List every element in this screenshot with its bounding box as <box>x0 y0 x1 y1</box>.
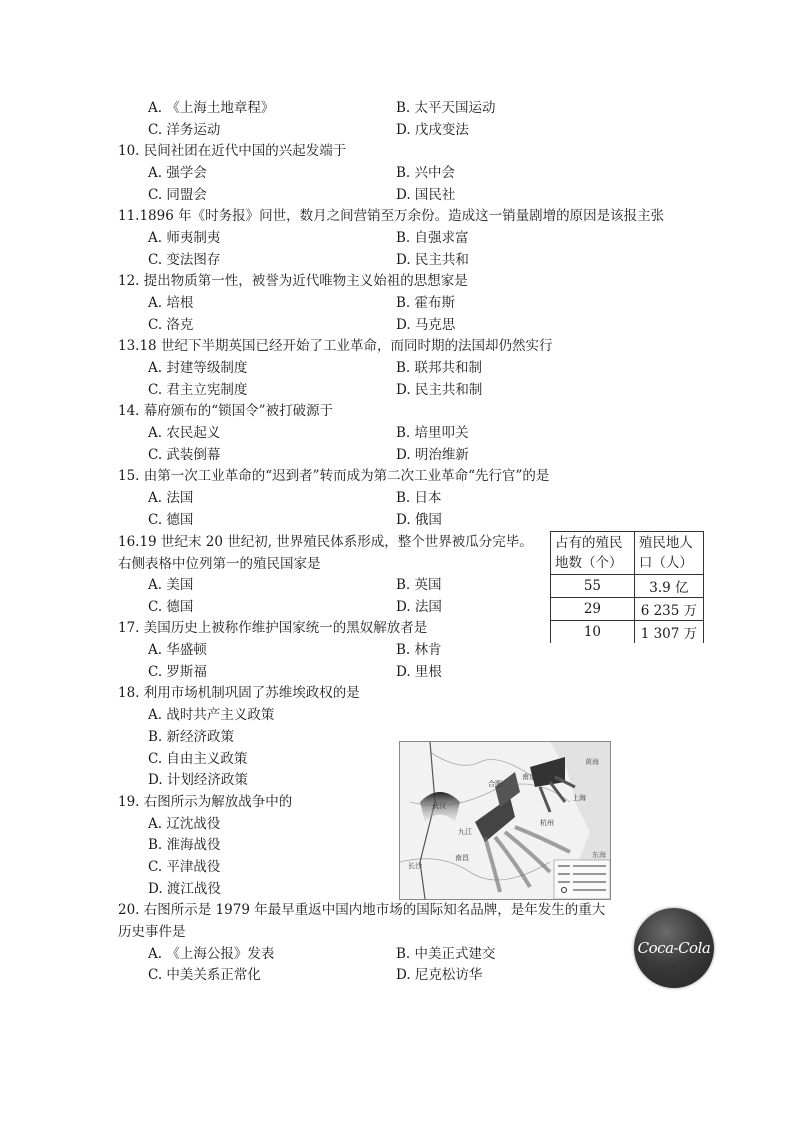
q12-option-b: B. 霍布斯 <box>396 294 455 312</box>
q18-stem: 18. 利用市场机制巩固了苏维埃政权的是 <box>118 684 360 702</box>
svg-text:黄海: 黄海 <box>585 757 599 766</box>
q19-option-d: D. 渡江战役 <box>148 880 221 898</box>
q19-stem: 19. 右图所示为解放战争中的 <box>118 793 292 811</box>
q10-option-a: A. 强学会 <box>148 164 207 182</box>
q13-option-c: C. 君主立宪制度 <box>148 381 247 399</box>
q11-option-b: B. 自强求富 <box>396 229 469 247</box>
q13-option-d: D. 民主共和制 <box>396 381 482 399</box>
svg-text:九江: 九江 <box>458 827 472 836</box>
q15-stem: 15. 由第一次工业革命的“迟到者”转而成为第二次工业革命“先行官”的是 <box>118 467 549 485</box>
table-cell: 6 235 万 <box>634 598 703 621</box>
q16-stem-line2: 右侧表格中位列第一的殖民国家是 <box>118 555 321 573</box>
table-cell: 3.9 亿 <box>634 575 703 598</box>
q16-stem: 16.19 世纪末 20 世纪初, 世界殖民体系形成，整个世界被瓜分完毕。 <box>118 533 533 551</box>
table-cell: 10 <box>551 621 635 644</box>
q13-option-b: B. 联邦共和制 <box>396 359 482 377</box>
table-cell: 1 307 万 <box>634 621 703 644</box>
q9-option-d: D. 戊戌变法 <box>396 121 469 139</box>
q12-option-c: C. 洛克 <box>148 316 193 334</box>
table-cell: 55 <box>551 575 635 598</box>
q15-option-b: B. 日本 <box>396 489 442 507</box>
battle-map-image: 合肥 南京 上海 杭州 武汉 长沙 南昌 九江 黄海 东海 <box>399 741 611 900</box>
q16-option-c: C. 德国 <box>148 598 193 616</box>
q17-option-c: C. 罗斯福 <box>148 663 207 681</box>
q14-option-b: B. 培里叩关 <box>396 424 469 442</box>
table-row: 10 1 307 万 <box>551 621 704 644</box>
q20-option-c: C. 中美关系正常化 <box>148 966 261 984</box>
q17-option-a: A. 华盛顿 <box>148 641 207 659</box>
svg-text:长沙: 长沙 <box>408 861 423 870</box>
q15-option-d: D. 俄国 <box>396 511 442 529</box>
q17-option-d: D. 里根 <box>396 663 442 681</box>
colony-table-header-count: 占有的殖民地数（个） <box>551 532 635 575</box>
q12-option-a: A. 培根 <box>148 294 193 312</box>
q12-option-d: D. 马克思 <box>396 316 455 334</box>
table-cell: 29 <box>551 598 635 621</box>
colony-table: 占有的殖民地数（个） 殖民地人口（人） 55 3.9 亿 29 6 235 万 … <box>550 531 704 643</box>
q15-option-a: A. 法国 <box>148 489 193 507</box>
coca-cola-logo: Coca-Cola <box>634 908 714 988</box>
q14-option-c: C. 武装倒幕 <box>148 446 220 464</box>
q14-option-a: A. 农民起义 <box>148 424 220 442</box>
q19-option-c: C. 平津战役 <box>148 858 220 876</box>
q9-option-c: C. 洋务运动 <box>148 121 220 139</box>
q10-option-b: B. 兴中会 <box>396 164 455 182</box>
colony-table-header-population: 殖民地人口（人） <box>634 532 703 575</box>
q20-stem: 20. 右图所示是 1979 年最早重返中国内地市场的国际知名品牌，是年发生的重… <box>118 901 605 919</box>
svg-text:东海: 东海 <box>592 850 606 859</box>
q11-option-d: D. 民主共和 <box>396 251 469 269</box>
q16-option-b: B. 英国 <box>396 576 442 594</box>
q18-option-a: A. 战时共产主义政策 <box>148 706 274 724</box>
q11-option-a: A. 师夷制夷 <box>148 229 220 247</box>
q10-option-c: C. 同盟会 <box>148 186 207 204</box>
q18-option-b: B. 新经济政策 <box>148 728 234 746</box>
svg-text:南昌: 南昌 <box>455 853 469 862</box>
q20-stem-line2: 历史事件是 <box>118 923 186 941</box>
q9-option-a: A. 《上海土地章程》 <box>148 99 274 117</box>
svg-text:杭州: 杭州 <box>540 818 554 827</box>
svg-text:南京: 南京 <box>522 772 536 781</box>
q16-option-a: A. 美国 <box>148 576 193 594</box>
q18-option-c: C. 自由主义政策 <box>148 750 247 768</box>
q20-option-a: A. 《上海公报》发表 <box>148 945 274 963</box>
q14-stem: 14. 幕府颁布的“锁国令”被打破源于 <box>118 402 333 420</box>
svg-text:上海: 上海 <box>572 793 586 802</box>
q17-option-b: B. 林肯 <box>396 641 442 659</box>
q14-option-d: D. 明治维新 <box>396 446 469 464</box>
q15-option-c: C. 德国 <box>148 511 193 529</box>
table-row: 29 6 235 万 <box>551 598 704 621</box>
q9-option-b: B. 太平天国运动 <box>396 99 496 117</box>
svg-text:合肥: 合肥 <box>488 779 502 788</box>
q12-stem: 12. 提出物质第一性，被誉为近代唯物主义始祖的思想家是 <box>118 272 468 290</box>
q13-option-a: A. 封建等级制度 <box>148 359 247 377</box>
q13-stem: 13.18 世纪下半期英国已经开始了工业革命，而同时期的法国却仍然实行 <box>118 337 552 355</box>
q20-option-b: B. 中美正式建交 <box>396 945 496 963</box>
q16-option-d: D. 法国 <box>396 598 442 616</box>
table-row: 55 3.9 亿 <box>551 575 704 598</box>
q19-option-b: B. 淮海战役 <box>148 836 221 854</box>
q20-option-d: D. 尼克松访华 <box>396 966 482 984</box>
q11-option-c: C. 变法图存 <box>148 251 220 269</box>
svg-text:武汉: 武汉 <box>432 801 446 810</box>
q19-option-a: A. 辽沈战役 <box>148 815 220 833</box>
q17-stem: 17. 美国历史上被称作维护国家统一的黑奴解放者是 <box>118 619 427 637</box>
q11-stem: 11.1896 年《时务报》问世，数月之间营销至万余份。造成这一销量剧增的原因是… <box>118 207 664 225</box>
q18-option-d: D. 计划经济政策 <box>148 771 248 789</box>
q10-option-d: D. 国民社 <box>396 186 455 204</box>
logo-text: Coca-Cola <box>638 939 711 957</box>
q10-stem: 10. 民间社团在近代中国的兴起发端于 <box>118 142 346 160</box>
